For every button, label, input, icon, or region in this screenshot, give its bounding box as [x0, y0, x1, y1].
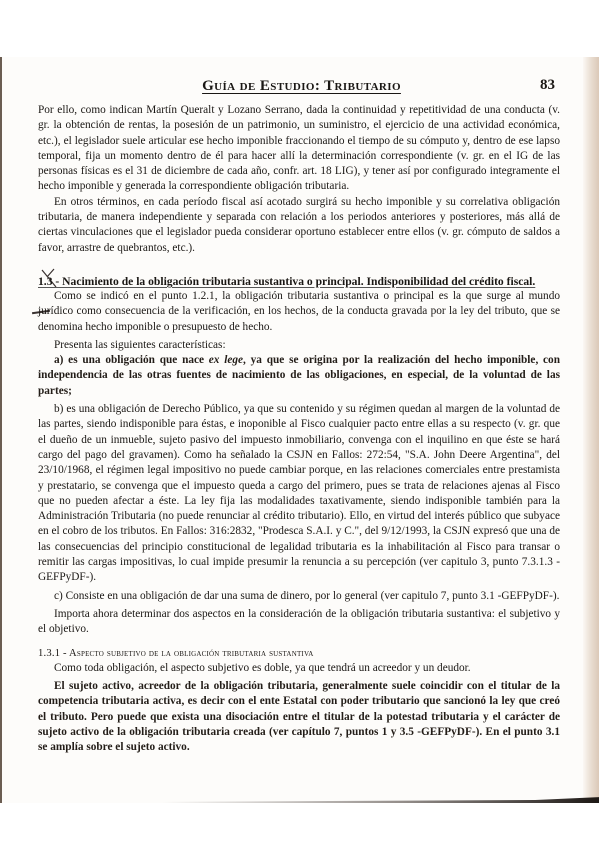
page-number: 83: [540, 77, 555, 94]
running-header: Guía de Estudio: Tributario: [2, 77, 599, 95]
paragraph: Por ello, como indican Martín Queralt y …: [38, 103, 560, 195]
section-heading-1-3: 1.3 - Nacimiento de la obligación tribut…: [38, 274, 560, 289]
document-body: Por ello, como indican Martín Queralt y …: [38, 103, 560, 756]
list-item-a: a) es una obligación que nace ex lege, y…: [38, 353, 560, 399]
paragraph: Como se indicó en el punto 1.2.1, la obl…: [38, 289, 560, 335]
list-item-b: b) es una obligación de Derecho Público,…: [38, 402, 560, 586]
paragraph: Importa ahora determinar dos aspectos en…: [38, 607, 560, 638]
page-bottom-shadow: [162, 797, 599, 803]
list-item-a-prefix: a) es una obligación que nace: [54, 354, 209, 366]
list-item-c: c) Consiste en una obligación de dar una…: [38, 589, 560, 604]
paragraph: Presenta las siguientes características:: [38, 338, 560, 353]
paragraph: El sujeto activo, acreedor de la obligac…: [38, 679, 560, 755]
running-title: Guía de Estudio: Tributario: [202, 78, 401, 94]
page-edge-shadow: [583, 57, 599, 803]
section-heading-1-3-1: 1.3.1 - Aspecto subjetivo de la obligaci…: [38, 646, 560, 661]
scanned-page: Guía de Estudio: Tributario 83 Por ello,…: [0, 57, 599, 803]
paragraph: En otros términos, en cada período fisca…: [38, 195, 560, 256]
list-item-a-latin-term: ex lege: [209, 354, 243, 366]
paragraph: Como toda obligación, el aspecto subjeti…: [38, 661, 560, 676]
